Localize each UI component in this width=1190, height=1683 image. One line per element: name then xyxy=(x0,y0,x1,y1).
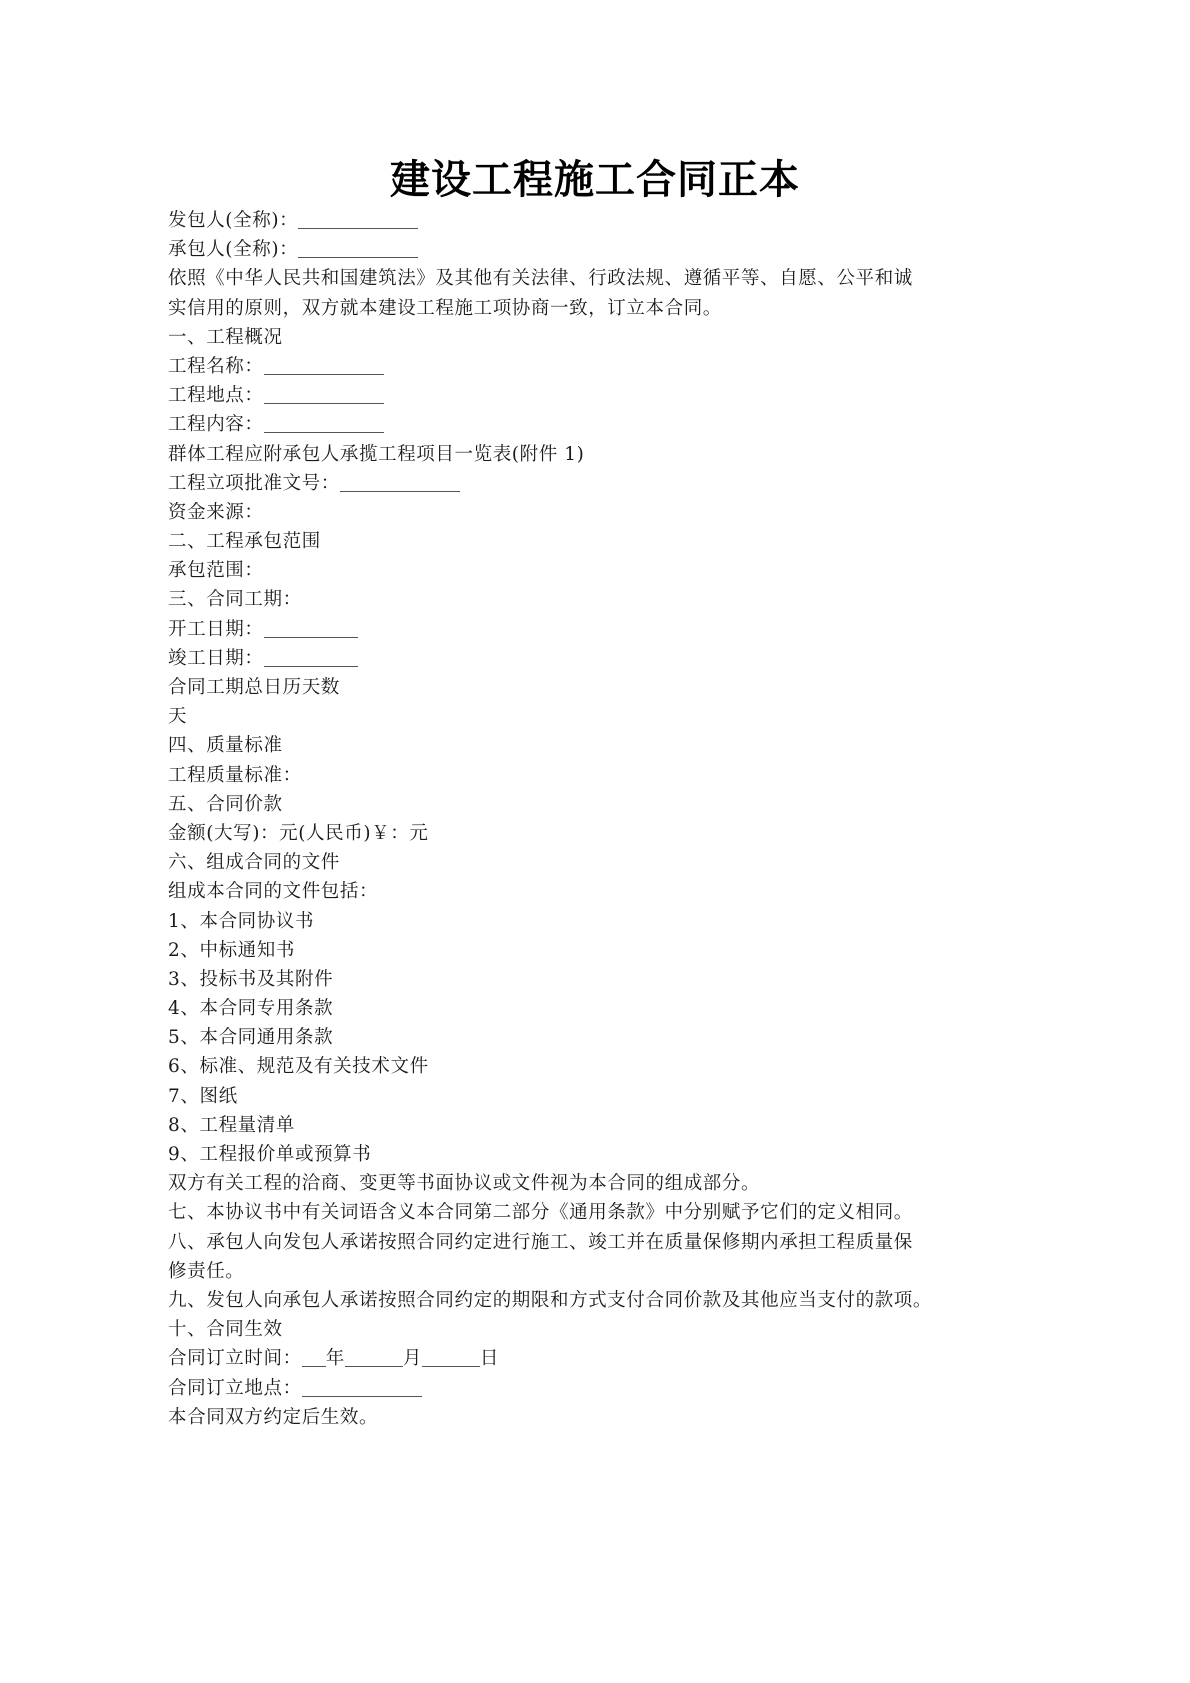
field-label: 合同订立时间： xyxy=(168,1348,302,1369)
section-heading: 二、工程承包范围 xyxy=(168,527,1028,556)
list-item: 1、本合同协议书 xyxy=(168,907,1028,936)
contractor-name-blank[interactable] xyxy=(298,239,418,258)
section-heading: 九、发包人向承包人承诺按照合同约定的期限和方式支付合同价款及其他应当支付的款项。 xyxy=(168,1286,1028,1315)
month-blank[interactable] xyxy=(345,1348,403,1367)
list-item: 5、本合同通用条款 xyxy=(168,1023,1028,1052)
approval-number-blank[interactable] xyxy=(340,473,460,492)
field-label: 工程内容： xyxy=(168,414,264,435)
paragraph-line: 群体工程应附承包人承揽工程项目一览表(附件 1) xyxy=(168,440,1028,469)
signing-place-line: 合同订立地点： xyxy=(168,1374,1028,1403)
completion-date-blank[interactable] xyxy=(264,648,358,667)
paragraph-line: 实信用的原则，双方就本建设工程施工项协商一致，订立本合同。 xyxy=(168,294,1028,323)
paragraph-line: 组成本合同的文件包括： xyxy=(168,877,1028,906)
field-label: 承包人(全称)： xyxy=(168,239,298,260)
field-label: 合同订立地点： xyxy=(168,1378,302,1399)
approval-number-line: 工程立项批准文号： xyxy=(168,469,1028,498)
field-label: 工程名称： xyxy=(168,356,264,377)
list-item: 4、本合同专用条款 xyxy=(168,994,1028,1023)
project-name-line: 工程名称： xyxy=(168,352,1028,381)
field-label: 工程立项批准文号： xyxy=(168,473,340,494)
list-item: 9、工程报价单或预算书 xyxy=(168,1140,1028,1169)
field-label: 开工日期： xyxy=(168,619,264,640)
paragraph-line: 金额(大写)：元(人民币)￥：元 xyxy=(168,819,1028,848)
year-label: 年 xyxy=(326,1348,345,1369)
paragraph-line: 工程质量标准： xyxy=(168,761,1028,790)
list-item: 3、投标书及其附件 xyxy=(168,965,1028,994)
list-item: 8、工程量清单 xyxy=(168,1111,1028,1140)
field-label: 发包人(全称)： xyxy=(168,210,298,231)
start-date-line: 开工日期： xyxy=(168,615,1028,644)
project-location-blank[interactable] xyxy=(264,385,384,404)
section-heading: 十、合同生效 xyxy=(168,1315,1028,1344)
list-item: 6、标准、规范及有关技术文件 xyxy=(168,1052,1028,1081)
project-name-blank[interactable] xyxy=(264,356,384,375)
employer-name-line: 发包人(全称)： xyxy=(168,206,1028,235)
paragraph-line: 本合同双方约定后生效。 xyxy=(168,1403,1028,1432)
signing-date-line: 合同订立时间：年月日 xyxy=(168,1344,1028,1373)
section-heading: 七、本协议书中有关词语含义本合同第二部分《通用条款》中分别赋予它们的定义相同。 xyxy=(168,1198,1028,1227)
document-body: 发包人(全称)： 承包人(全称)： 依照《中华人民共和国建筑法》及其他有关法律、… xyxy=(168,206,1028,1432)
section-heading: 一、工程概况 xyxy=(168,323,1028,352)
list-item: 2、中标通知书 xyxy=(168,936,1028,965)
paragraph-line: 修责任。 xyxy=(168,1257,1028,1286)
section-heading: 八、承包人向发包人承诺按照合同约定进行施工、竣工并在质量保修期内承担工程质量保 xyxy=(168,1228,1028,1257)
list-item: 7、图纸 xyxy=(168,1082,1028,1111)
day-label: 日 xyxy=(480,1348,499,1369)
completion-date-line: 竣工日期： xyxy=(168,644,1028,673)
field-label: 工程地点： xyxy=(168,385,264,406)
year-blank[interactable] xyxy=(302,1348,326,1367)
month-label: 月 xyxy=(403,1348,422,1369)
document-title: 建设工程施工合同正本 xyxy=(0,152,1190,208)
signing-place-blank[interactable] xyxy=(302,1378,422,1397)
section-heading: 六、组成合同的文件 xyxy=(168,848,1028,877)
paragraph-line: 合同工期总日历天数 xyxy=(168,673,1028,702)
paragraph-line: 依照《中华人民共和国建筑法》及其他有关法律、行政法规、遵循平等、自愿、公平和诚 xyxy=(168,264,1028,293)
project-location-line: 工程地点： xyxy=(168,381,1028,410)
section-heading: 四、质量标准 xyxy=(168,731,1028,760)
section-heading: 三、合同工期： xyxy=(168,585,1028,614)
contractor-name-line: 承包人(全称)： xyxy=(168,235,1028,264)
paragraph-line: 承包范围： xyxy=(168,556,1028,585)
document-page: 建设工程施工合同正本 发包人(全称)： 承包人(全称)： 依照《中华人民共和国建… xyxy=(0,0,1190,1683)
field-label: 竣工日期： xyxy=(168,648,264,669)
start-date-blank[interactable] xyxy=(264,619,358,638)
day-blank[interactable] xyxy=(422,1348,480,1367)
paragraph-line: 资金来源： xyxy=(168,498,1028,527)
section-heading: 五、合同价款 xyxy=(168,790,1028,819)
paragraph-line: 双方有关工程的洽商、变更等书面协议或文件视为本合同的组成部分。 xyxy=(168,1169,1028,1198)
project-content-line: 工程内容： xyxy=(168,410,1028,439)
paragraph-line: 天 xyxy=(168,702,1028,731)
project-content-blank[interactable] xyxy=(264,414,384,433)
employer-name-blank[interactable] xyxy=(298,210,418,229)
